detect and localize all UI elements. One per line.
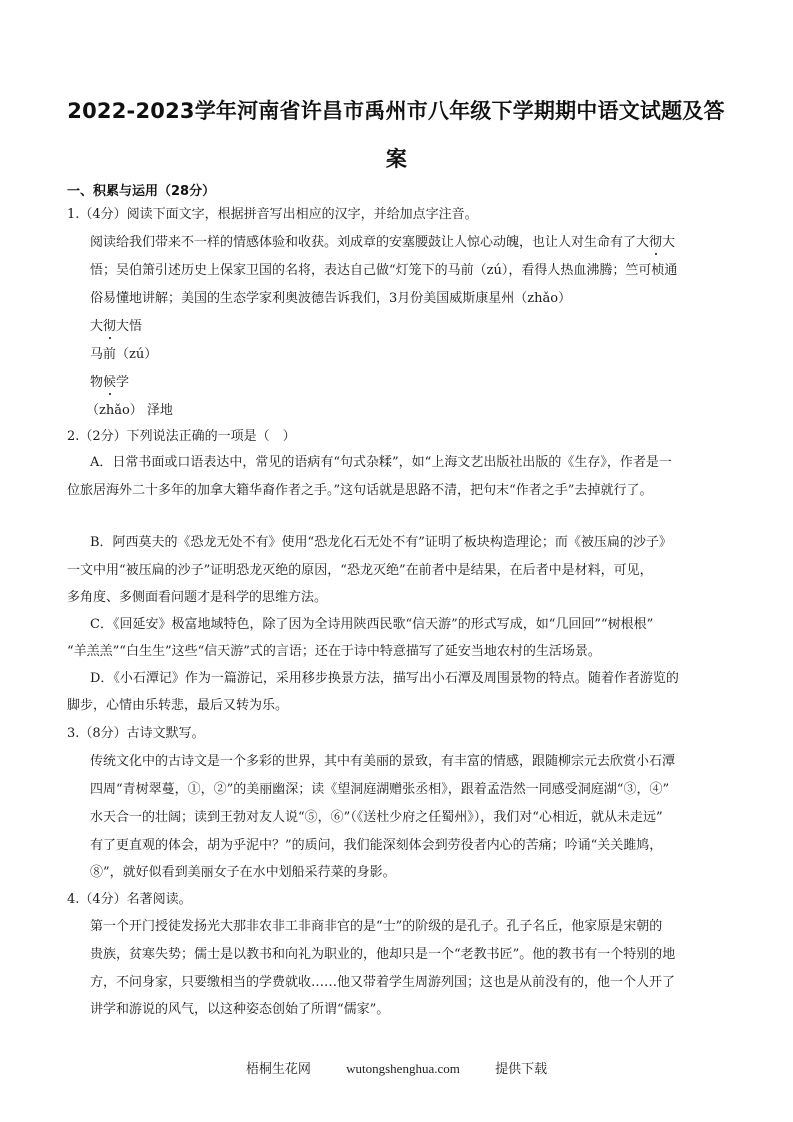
item-text: 物 (90, 375, 103, 390)
option-c-line: C．《回延安》极富地域特色，除了因为全诗用陕西民歌“信天游”的形式写成，如“几回… (90, 617, 653, 633)
passage-text: 大 (662, 235, 675, 250)
question-3-passage-line: 水天合一的壮阔；读到王勃对友人说“⑤，⑥”（《送杜少府之任蜀州》），我们对“心相… (90, 810, 663, 826)
question-1-item: 大彻大悟 (90, 319, 142, 335)
option-a-line: A．日常书面或口语表达中，常见的语病有“句式杂糅”，如“上海文艺出版社出版的《生… (90, 455, 672, 471)
question-3-stem: 3.（8分）古诗文默写。 (67, 726, 205, 742)
question-4-passage-line: 方，不问身家，只要缴相当的学费就收……他又带着学生周游列国；这也是从前没有的，他… (90, 975, 675, 991)
question-3-passage-line: 四周“青树翠蔓，①，②”的美丽幽深；读《望洞庭湖赠张丞相》，跟着孟浩然一同感受洞… (90, 782, 669, 798)
option-b-line: B．阿西莫夫的《恐龙无处不有》使用“恐龙化石无处不有”证明了板块构造理论；而《被… (90, 535, 672, 551)
question-1-item: 物候学 (90, 375, 129, 391)
item-text: 学 (116, 375, 129, 390)
item-text: 大 (90, 319, 103, 334)
question-4-passage-line: 贵族，贫寒失势；儒士是以教书和向礼为职业的，他却只是一个“老教书匠”。他的教书有… (90, 947, 675, 963)
question-1-passage-line: 俗易懂地讲解；美国的生态学家利奥波德告诉我们，3月份美国威斯康星州（zhǎo） (90, 291, 571, 307)
emphasized-char: 彻 (649, 235, 662, 251)
question-3-passage-line: 传统文化中的古诗文是一个多彩的世界，其中有美丽的景致，有丰富的情感，跟随柳宗元去… (90, 754, 675, 770)
question-1-item: （zhǎo） 泽地 (86, 403, 173, 419)
option-a-line: 位旅居海外二十多年的加拿大籍华裔作者之手。”这句话就是思路不清，把句末“作者之手… (67, 483, 652, 499)
question-3-passage-line: 有了更直观的体会，胡为乎泥中？”的质问，我们能深刻体会到劳役者内心的苦痛；吟诵“… (90, 838, 662, 854)
passage-text: 阅读给我们带来不一样的情感体验和收获。刘成章的安塞腰鼓让人惊心动魄，也让人对生命… (90, 235, 649, 250)
footer-note: 提供下载 (495, 1061, 547, 1076)
question-4-passage-line: 讲学和游说的风气，以这种姿态创始了所谓“儒家”。 (90, 1002, 389, 1018)
footer-site-url[interactable]: wutongshenghua.com (346, 1061, 460, 1076)
option-b-line: 多角度、多侧面看问题才是科学的思维方法。 (67, 590, 327, 606)
option-c-line: “羊羔羔”“白生生”这些“信天游”式的言语；还在于诗中特意描写了延安当地农村的生… (67, 644, 601, 660)
document-title-line-1: 2022-2023学年河南省许昌市禹州市八年级下学期期中语文试题及答 (66, 95, 726, 125)
page-footer: 梧桐生花网 wutongshenghua.com 提供下载 (0, 1058, 793, 1077)
emphasized-char: 彻 (103, 319, 116, 335)
option-b-line: 一文中用“被压扁的沙子”证明恐龙灭绝的原因，“恐龙灭绝”在前者中是结果，在后者中… (67, 563, 653, 579)
question-2-stem: 2.（2分）下列说法正确的一项是（ ） (67, 429, 296, 445)
question-1-stem: 1.（4分）阅读下面文字，根据拼音写出相应的汉字，并给加点字注音。 (67, 207, 478, 223)
footer-site-name: 梧桐生花网 (246, 1061, 311, 1076)
document-title-line-2: 案 (70, 143, 723, 173)
emphasized-char: 候 (103, 375, 116, 391)
item-text: 大悟 (116, 319, 142, 334)
question-1-passage-line: 悟；吴伯箫引述历史上保家卫国的名将，表达自己做“灯笼下的马前（zú），看得人热血… (90, 263, 677, 279)
question-4-passage-line: 第一个开门授徒发扬光大那非农非工非商非官的是“士”的阶级的是孔子。孔子名丘，他家… (90, 919, 662, 935)
question-1-item: 马前（zú） (90, 347, 157, 363)
option-d-line: D．《小石潭记》作为一篇游记，采用移步换景方法，描写出小石潭及周围景物的特点。随… (90, 671, 679, 687)
document-page: 2022-2023学年河南省许昌市禹州市八年级下学期期中语文试题及答 案 一、积… (0, 0, 793, 1122)
question-3-passage-line: ⑧”，就好似看到美丽女子在水中划船采荇菜的身影。 (90, 865, 396, 881)
option-d-line: 脚步，心情由乐转悲，最后又转为乐。 (67, 698, 288, 714)
question-4-stem: 4.（4分）名著阅读。 (67, 892, 192, 908)
question-1-passage-line: 阅读给我们带来不一样的情感体验和收获。刘成章的安塞腰鼓让人惊心动魄，也让人对生命… (90, 235, 675, 251)
section-heading: 一、积累与运用（28分） (67, 180, 215, 199)
